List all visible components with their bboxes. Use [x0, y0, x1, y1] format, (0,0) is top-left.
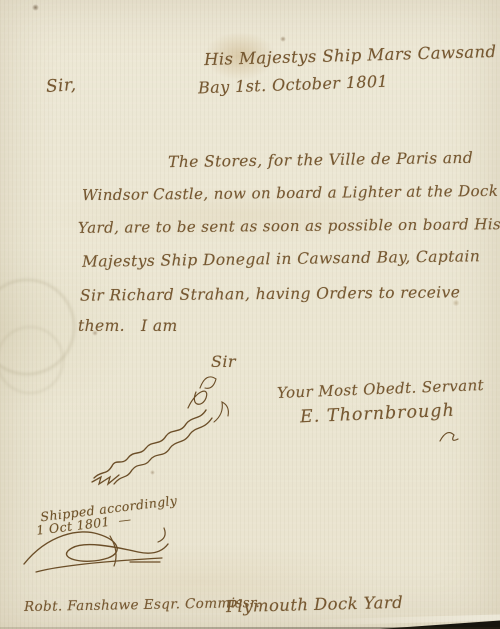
footer-place: Plymouth Dock Yard [226, 593, 404, 616]
foxing-speck [280, 36, 286, 42]
body-line: Sir Richard Strahan, having Orders to re… [80, 283, 460, 304]
foxing-speck [32, 4, 39, 11]
body-line: Windsor Castle, now on board a Lighter a… [82, 182, 498, 204]
body-line: The Stores, for the Ville de Paris and [168, 149, 473, 171]
embossed-seal-impression [0, 320, 70, 400]
footer-addressee: Robt. Fanshawe Esqr. Commissr. [24, 595, 260, 615]
heading-ship-place: His Majestys Ship Mars Cawsand [204, 42, 497, 69]
manuscript-letter-scan: His Majestys Ship Mars Cawsand Bay 1st. … [0, 0, 500, 629]
body-line: them. I am [78, 317, 178, 335]
closing-line: Your Most Obedt. Servant [277, 376, 485, 402]
salutation: Sir, [45, 75, 77, 97]
docket-initials-flourish [14, 522, 174, 574]
body-line: Majestys Ship Donegal in Cawsand Bay, Ca… [82, 247, 480, 271]
signature: E. Thornbrough [300, 401, 456, 428]
signature-flourish [436, 424, 462, 446]
body-line: Yard, are to be sent as soon as possible… [78, 215, 500, 237]
diagonal-docket-scrawl [88, 362, 240, 488]
heading-date: Bay 1st. October 1801 [198, 72, 389, 98]
